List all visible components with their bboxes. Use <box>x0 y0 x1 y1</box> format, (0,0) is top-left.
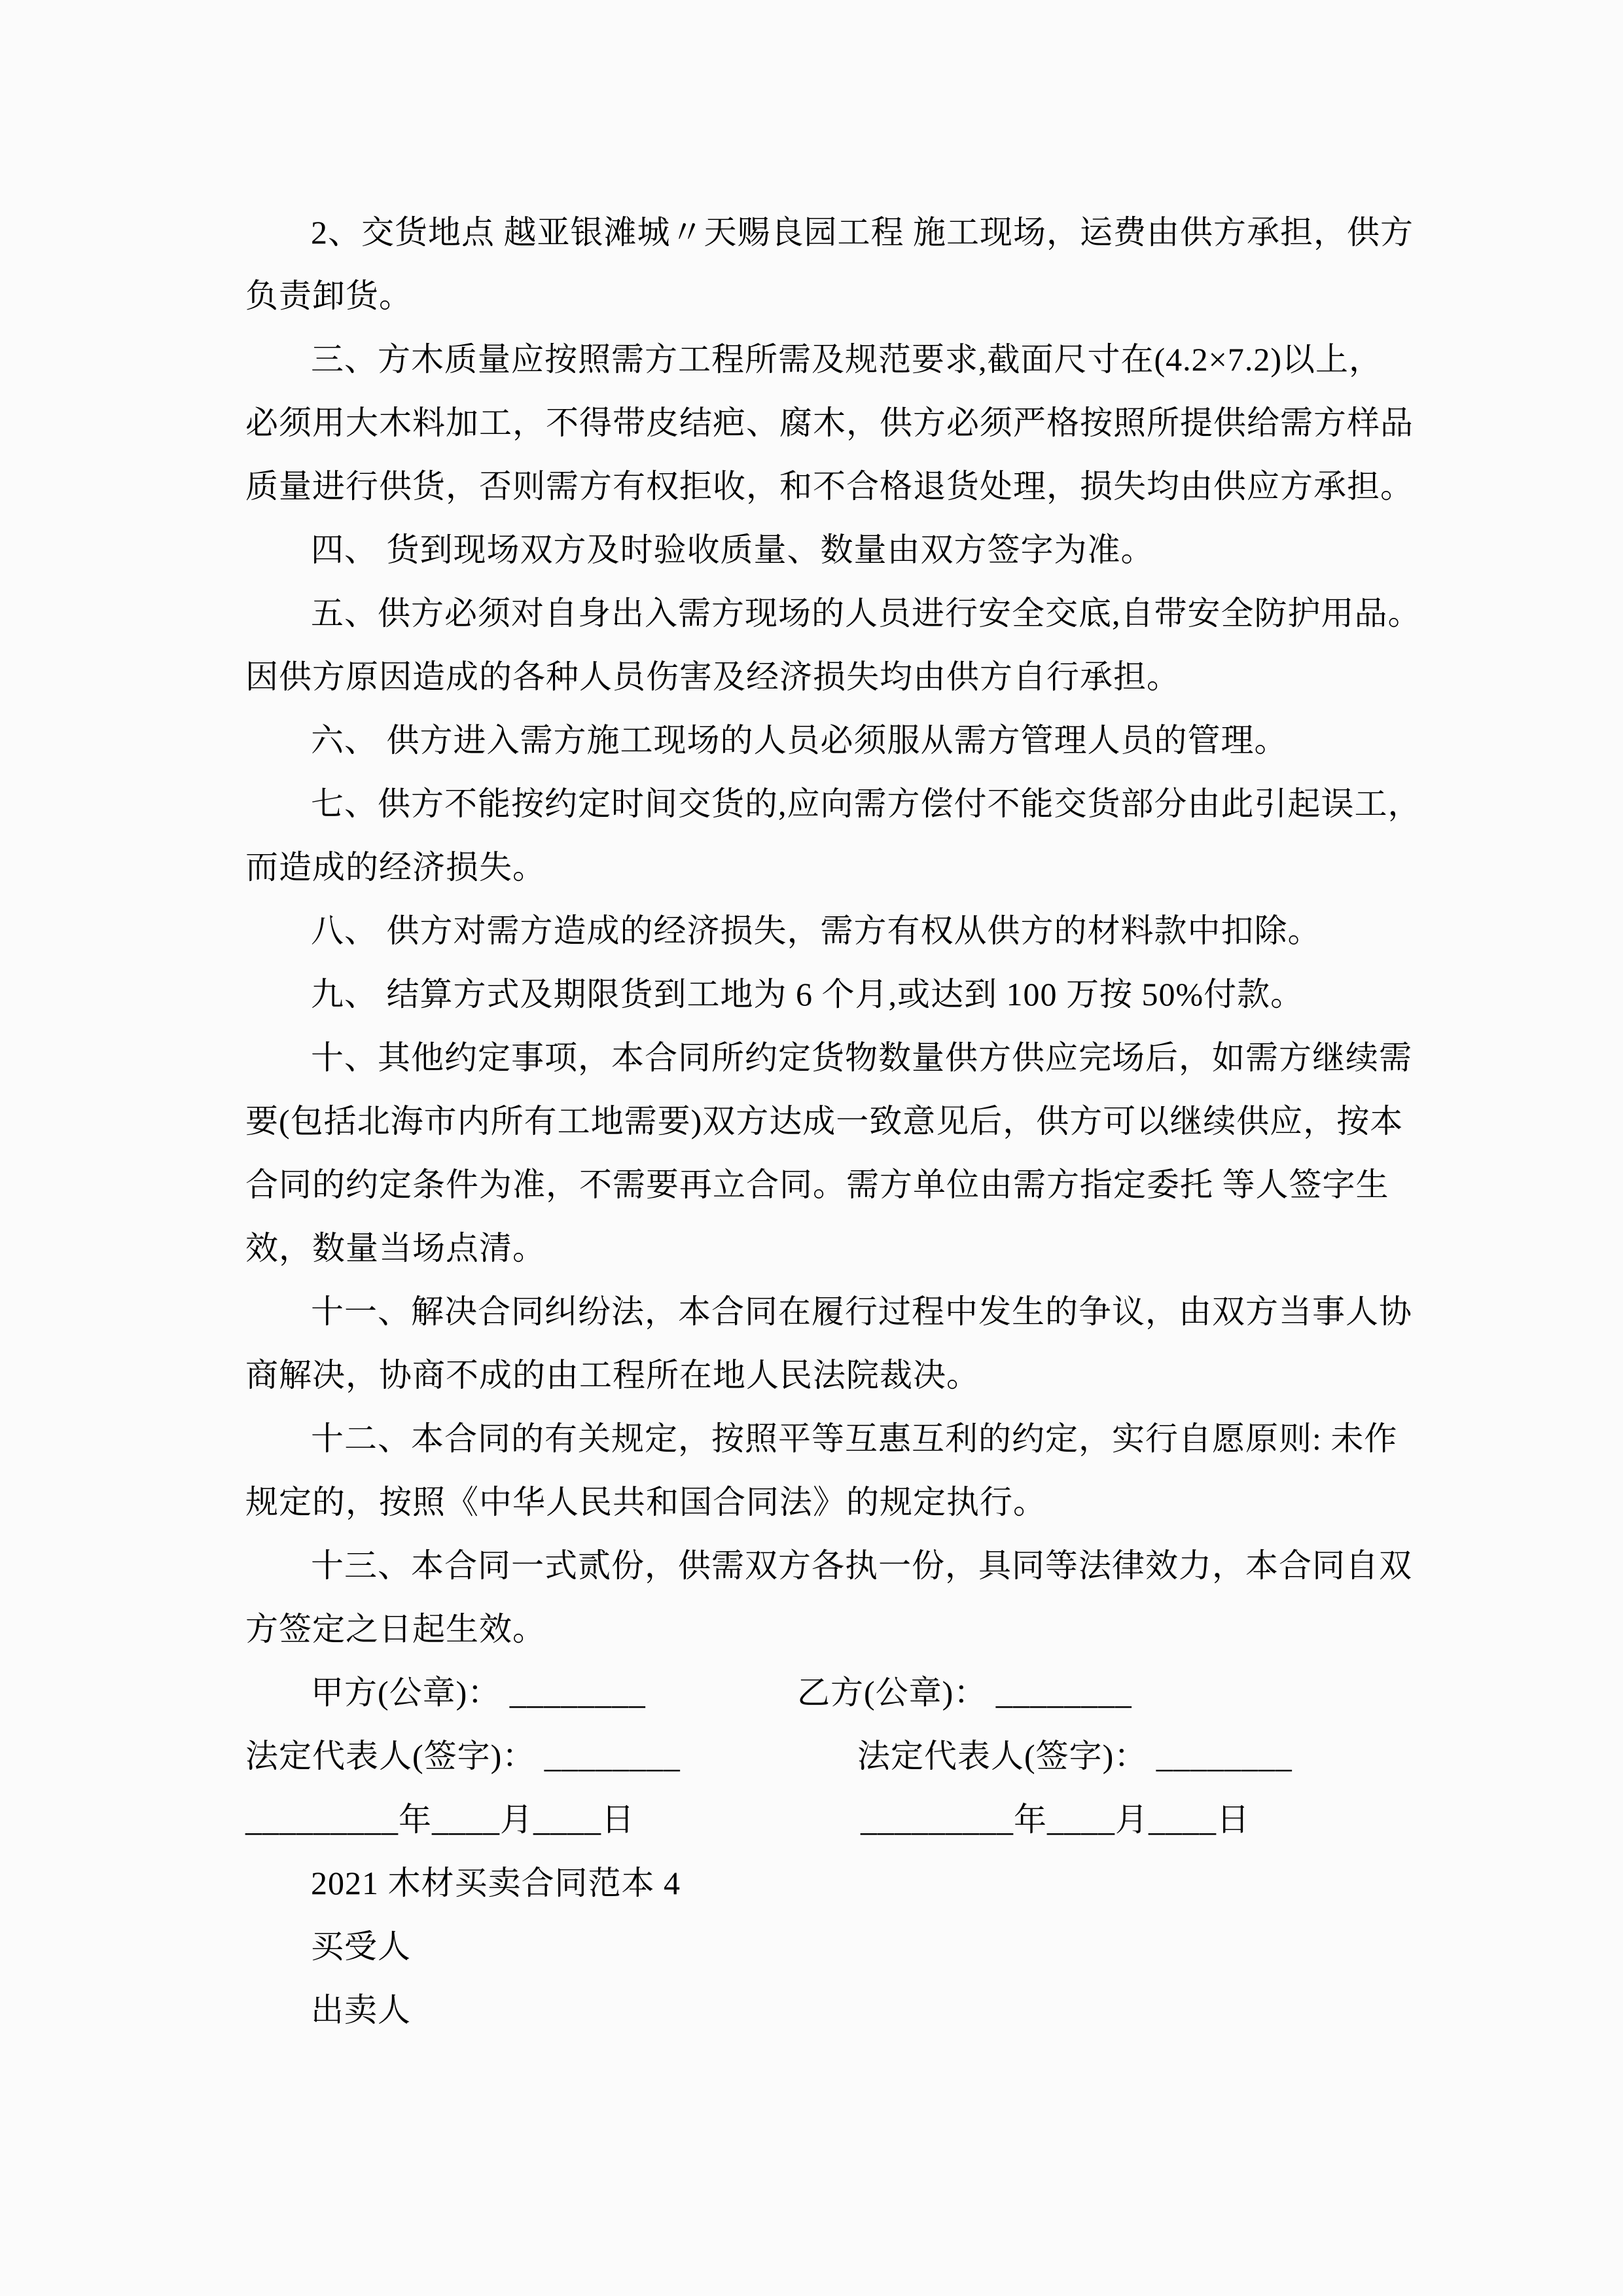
clause-3-line-3: 质量进行供货，否则需方有权拒收，和不合格退货处理，损失均由供应方承担。 <box>245 455 1420 518</box>
clause-10-line-3: 合同的约定条件为准，不需要再立合同。需方单位由需方指定委托 等人签字生 <box>245 1153 1420 1217</box>
clause-10-line-1: 十、其他约定事项，本合同所约定货物数量供方供应完场后，如需方继续需 <box>245 1026 1420 1090</box>
seal-row: 甲方(公章)： ________乙方(公章)： ________ <box>245 1661 1420 1725</box>
clause-13-line-1: 十三、本合同一式贰份，供需双方各执一份，具同等法律效力，本合同自双 <box>245 1534 1420 1598</box>
clause-10-line-2: 要(包括北海市内所有工地需要)双方达成一致意见后，供方可以继续供应，按本 <box>245 1090 1420 1153</box>
date-row-right: _________年____月____日 <box>861 1788 1250 1852</box>
seal-row-left: 甲方(公章)： ________ <box>311 1674 646 1711</box>
clause-11-line-2: 商解决，协商不成的由工程所在地人民法院裁决。 <box>245 1344 1420 1407</box>
clause-11-line-1: 十一、解决合同纠纷法，本合同在履行过程中发生的争议，由双方当事人协 <box>245 1280 1420 1344</box>
clause-5-line-1: 五、供方必须对自身出入需方现场的人员进行安全交底,自带安全防护用品。 <box>245 582 1420 645</box>
clause-2-line-2: 负责卸货。 <box>245 264 1420 328</box>
contract-body: 2、交货地点 越亚银滩城〃天赐良园工程 施工现场，运费由供方承担，供方负责卸货。… <box>245 201 1420 2042</box>
clause-3-line-1: 三、方木质量应按照需方工程所需及规范要求,截面尺寸在(4.2×7.2)以上， <box>245 328 1420 391</box>
clause-12-line-2: 规定的，按照《中华人民共和国合同法》的规定执行。 <box>245 1471 1420 1534</box>
clause-13-line-2: 方签定之日起生效。 <box>245 1598 1420 1661</box>
footer-title-line: 2021 木材买卖合同范本 4 <box>245 1852 1420 1915</box>
clause-5-line-2: 因供方原因造成的各种人员伤害及经济损失均由供方自行承担。 <box>245 645 1420 709</box>
clause-4-line-1: 四、 货到现场双方及时验收质量、数量由双方签字为准。 <box>245 518 1420 582</box>
clause-10-line-4: 效，数量当场点清。 <box>245 1217 1420 1280</box>
clause-6-line-1: 六、 供方进入需方施工现场的人员必须服从需方管理人员的管理。 <box>245 709 1420 772</box>
clause-12-line-1: 十二、本合同的有关规定，按照平等互惠互利的约定，实行自愿原则: 未作 <box>245 1407 1420 1471</box>
date-row-left: _________年____月____日 <box>245 1801 635 1838</box>
clause-9-line-1: 九、 结算方式及期限货到工地为 6 个月,或达到 100 万按 50%付款。 <box>245 963 1420 1026</box>
date-row: _________年____月____日_________年____月____日 <box>245 1788 1420 1852</box>
clause-3-line-2: 必须用大木料加工，不得带皮结疤、腐木，供方必须严格按照所提供给需方样品 <box>245 391 1420 455</box>
buyer-label-line: 买受人 <box>245 1915 1420 1979</box>
rep-row-left: 法定代表人(签字)： ________ <box>245 1738 681 1774</box>
seller-label-line: 出卖人 <box>245 1979 1420 2042</box>
clause-2-line-1: 2、交货地点 越亚银滩城〃天赐良园工程 施工现场，运费由供方承担，供方 <box>245 201 1420 264</box>
contract-document-page: 2、交货地点 越亚银滩城〃天赐良园工程 施工现场，运费由供方承担，供方负责卸货。… <box>0 0 1623 2296</box>
clause-7-line-1: 七、供方不能按约定时间交货的,应向需方偿付不能交货部分由此引起误工， <box>245 772 1420 836</box>
clause-8-line-1: 八、 供方对需方造成的经济损失，需方有权从供方的材料款中扣除。 <box>245 899 1420 963</box>
clause-7-line-2: 而造成的经济损失。 <box>245 836 1420 899</box>
rep-row-right: 法定代表人(签字)： ________ <box>857 1725 1293 1788</box>
seal-row-right: 乙方(公章)： ________ <box>797 1661 1132 1725</box>
rep-row: 法定代表人(签字)： ________法定代表人(签字)： ________ <box>245 1725 1420 1788</box>
